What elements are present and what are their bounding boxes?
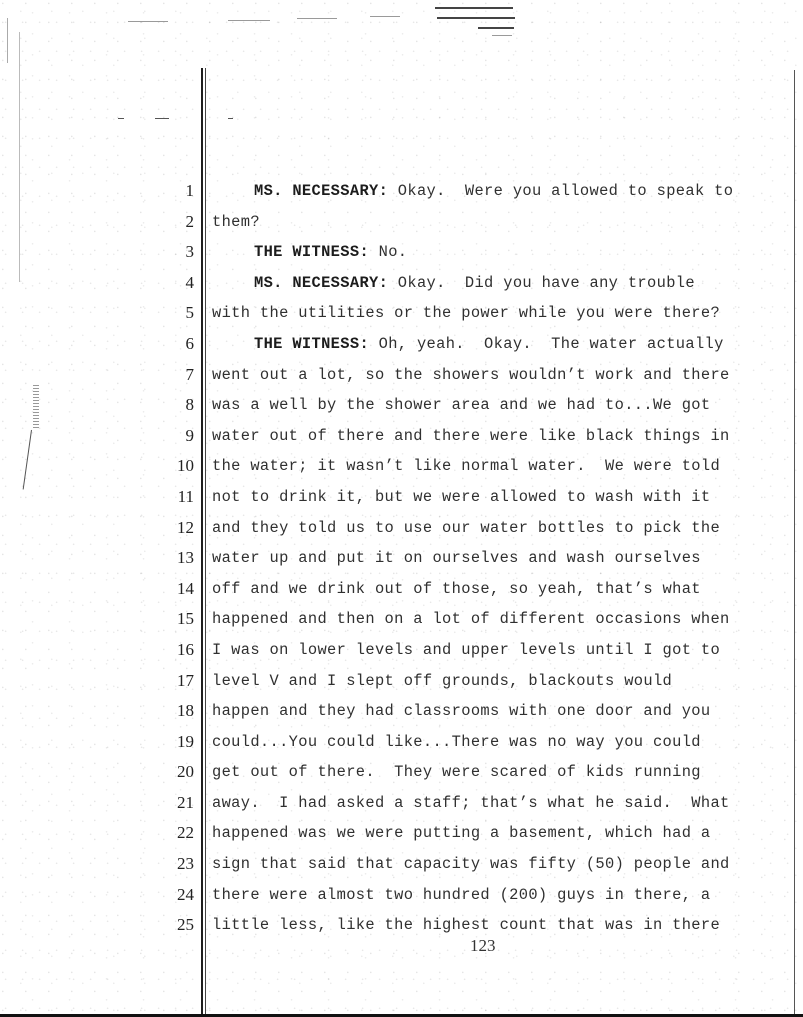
line-number: 23 <box>150 849 194 880</box>
line-content: happen and they had classrooms with one … <box>212 702 710 720</box>
line-number: 24 <box>150 880 194 911</box>
line-content: little less, like the highest count that… <box>212 916 720 934</box>
line-number: 18 <box>150 696 194 727</box>
line-text: happened and then on a lot of different … <box>212 604 789 635</box>
scan-edge-mark <box>7 18 8 63</box>
line-content: I was on lower levels and upper levels u… <box>212 641 720 659</box>
transcript-line: 19could...You could like...There was no … <box>0 727 803 758</box>
page-number: 123 <box>470 936 496 956</box>
transcript-line: 15happened and then on a lot of differen… <box>0 604 803 635</box>
speaker-label: MS. NECESSARY: <box>254 274 388 292</box>
line-number: 8 <box>150 390 194 421</box>
line-number: 5 <box>150 298 194 329</box>
transcript-line: 4MS. NECESSARY: Okay. Did you have any t… <box>0 268 803 299</box>
transcript-line: 12and they told us to use our water bott… <box>0 513 803 544</box>
transcript-line: 24there were almost two hundred (200) gu… <box>0 880 803 911</box>
transcript-line: 21away. I had asked a staff; that’s what… <box>0 788 803 819</box>
transcript-line: 13water up and put it on ourselves and w… <box>0 543 803 574</box>
line-text: went out a lot, so the showers wouldn’t … <box>212 360 789 391</box>
line-text: little less, like the highest count that… <box>212 910 789 941</box>
line-content: went out a lot, so the showers wouldn’t … <box>212 366 730 384</box>
line-number: 7 <box>150 360 194 391</box>
line-number: 21 <box>150 788 194 819</box>
transcript-line: 2them? <box>0 207 803 238</box>
margin-dash <box>118 118 124 119</box>
line-number: 2 <box>150 207 194 238</box>
line-text: there were almost two hundred (200) guys… <box>212 880 789 911</box>
transcript-line: 11not to drink it, but we were allowed t… <box>0 482 803 513</box>
line-text: sign that said that capacity was fifty (… <box>212 849 789 880</box>
line-text: and they told us to use our water bottle… <box>212 513 789 544</box>
line-number: 3 <box>150 237 194 268</box>
transcript-line: 9water out of there and there were like … <box>0 421 803 452</box>
line-text: was a well by the shower area and we had… <box>212 390 789 421</box>
line-number: 6 <box>150 329 194 360</box>
transcript-line: 1MS. NECESSARY: Okay. Were you allowed t… <box>0 176 803 207</box>
transcript-line: 6THE WITNESS: Oh, yeah. Okay. The water … <box>0 329 803 360</box>
line-content: water up and put it on ourselves and was… <box>212 549 701 567</box>
speaker-label: MS. NECESSARY: <box>254 182 388 200</box>
margin-dash <box>228 118 233 119</box>
header-rule <box>228 20 270 21</box>
transcript-line: 8was a well by the shower area and we ha… <box>0 390 803 421</box>
line-content: Okay. Did you have any trouble <box>388 274 695 292</box>
line-text: level V and I slept off grounds, blackou… <box>212 666 789 697</box>
line-text: off and we drink out of those, so yeah, … <box>212 574 789 605</box>
line-text: away. I had asked a staff; that’s what h… <box>212 788 789 819</box>
transcript-line: 20get out of there. They were scared of … <box>0 757 803 788</box>
line-content: and they told us to use our water bottle… <box>212 519 720 537</box>
line-number: 4 <box>150 268 194 299</box>
line-content: water out of there and there were like b… <box>212 427 730 445</box>
transcript-body: 1MS. NECESSARY: Okay. Were you allowed t… <box>0 176 803 941</box>
line-text: the water; it wasn’t like normal water. … <box>212 451 789 482</box>
speaker-label: THE WITNESS: <box>254 335 369 353</box>
header-rule <box>370 16 400 17</box>
transcript-line: 25little less, like the highest count th… <box>0 910 803 941</box>
header-rule <box>437 17 515 19</box>
line-content: them? <box>212 213 260 231</box>
line-text: happen and they had classrooms with one … <box>212 696 789 727</box>
line-number: 1 <box>150 176 194 207</box>
line-content: Okay. Were you allowed to speak to <box>388 182 733 200</box>
line-content: happened and then on a lot of different … <box>212 610 730 628</box>
line-number: 25 <box>150 910 194 941</box>
line-content: Oh, yeah. Okay. The water actually <box>369 335 724 353</box>
header-rule <box>297 18 337 19</box>
transcript-line: 14off and we drink out of those, so yeah… <box>0 574 803 605</box>
line-content: No. <box>369 243 407 261</box>
line-content: level V and I slept off grounds, blackou… <box>212 672 672 690</box>
transcript-line: 17level V and I slept off grounds, black… <box>0 666 803 697</box>
line-number: 14 <box>150 574 194 605</box>
line-number: 12 <box>150 513 194 544</box>
line-content: the water; it wasn’t like normal water. … <box>212 457 720 475</box>
line-text: not to drink it, but we were allowed to … <box>212 482 789 513</box>
line-number: 22 <box>150 818 194 849</box>
line-number: 17 <box>150 666 194 697</box>
line-content: not to drink it, but we were allowed to … <box>212 488 710 506</box>
line-number: 20 <box>150 757 194 788</box>
header-rule <box>435 7 513 9</box>
transcript-line: 10the water; it wasn’t like normal water… <box>0 451 803 482</box>
line-number: 11 <box>150 482 194 513</box>
line-content: away. I had asked a staff; that’s what h… <box>212 794 730 812</box>
line-content: get out of there. They were scared of ki… <box>212 763 701 781</box>
line-text: THE WITNESS: Oh, yeah. Okay. The water a… <box>254 329 789 360</box>
line-content: sign that said that capacity was fifty (… <box>212 855 730 873</box>
line-content: could...You could like...There was no wa… <box>212 733 701 751</box>
header-rule <box>478 27 514 29</box>
line-number: 13 <box>150 543 194 574</box>
line-number: 16 <box>150 635 194 666</box>
transcript-line: 18happen and they had classrooms with on… <box>0 696 803 727</box>
line-text: happened was we were putting a basement,… <box>212 818 789 849</box>
line-text: MS. NECESSARY: Okay. Did you have any tr… <box>254 268 789 299</box>
line-number: 19 <box>150 727 194 758</box>
line-text: could...You could like...There was no wa… <box>212 727 789 758</box>
header-rule <box>492 35 512 36</box>
header-rule <box>128 21 168 22</box>
transcript-line: 23sign that said that capacity was fifty… <box>0 849 803 880</box>
line-text: with the utilities or the power while yo… <box>212 298 789 329</box>
transcript-line: 3THE WITNESS: No. <box>0 237 803 268</box>
line-text: water out of there and there were like b… <box>212 421 789 452</box>
line-text: them? <box>212 207 789 238</box>
line-text: MS. NECESSARY: Okay. Were you allowed to… <box>254 176 789 207</box>
line-content: happened was we were putting a basement,… <box>212 824 710 842</box>
line-text: THE WITNESS: No. <box>254 237 789 268</box>
transcript-line: 16I was on lower levels and upper levels… <box>0 635 803 666</box>
margin-dash <box>155 118 169 119</box>
line-content: was a well by the shower area and we had… <box>212 396 710 414</box>
line-text: I was on lower levels and upper levels u… <box>212 635 789 666</box>
line-content: off and we drink out of those, so yeah, … <box>212 580 701 598</box>
line-text: get out of there. They were scared of ki… <box>212 757 789 788</box>
line-content: there were almost two hundred (200) guys… <box>212 886 710 904</box>
line-number: 15 <box>150 604 194 635</box>
line-text: water up and put it on ourselves and was… <box>212 543 789 574</box>
line-content: with the utilities or the power while yo… <box>212 304 720 322</box>
transcript-line: 22happened was we were putting a basemen… <box>0 818 803 849</box>
transcript-line: 7went out a lot, so the showers wouldn’t… <box>0 360 803 391</box>
speaker-label: THE WITNESS: <box>254 243 369 261</box>
transcript-line: 5with the utilities or the power while y… <box>0 298 803 329</box>
line-number: 10 <box>150 451 194 482</box>
line-number: 9 <box>150 421 194 452</box>
